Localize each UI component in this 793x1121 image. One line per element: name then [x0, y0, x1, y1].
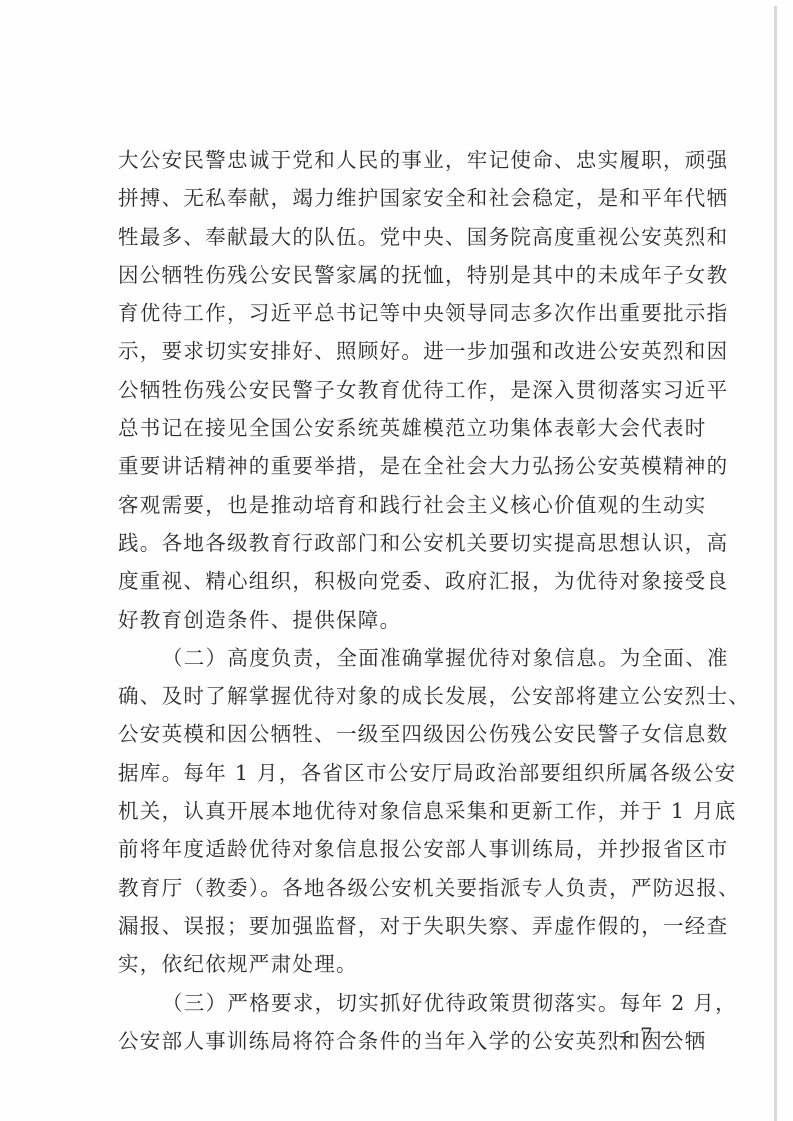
text-line: 公安部人事训练局将符合条件的当年入学的公安英烈和因公牺 [118, 1022, 690, 1060]
text-line: 牲最多、奉献最大的队伍。党中央、国务院高度重视公安英烈和 [118, 218, 690, 256]
text-line: 育优待工作，习近平总书记等中央领导同志多次作出重要批示指 [118, 294, 690, 332]
text-line: 前将年度适龄优待对象信息报公安部人事训练局，并抄报省区市 [118, 830, 690, 868]
dash-left [616, 1036, 634, 1037]
scan-edge-line [774, 6, 777, 1121]
dash-right [661, 1036, 679, 1037]
text-line: 教育厅（教委）。各地各级公安机关要指派专人负责，严防迟报、 [118, 869, 690, 907]
page-number-value: 7 [640, 1023, 655, 1047]
paragraph-2-section-heading: （二）高度负责，全面准确掌握优待对象信息。为全面、准 确、及时了解掌握优待对象的… [118, 639, 690, 984]
paragraph-3-section-heading: （三）严格要求，切实抓好优待政策贯彻落实。每年 2 月， 公安部人事训练局将符合… [118, 984, 690, 1061]
text-line: 因公牺牲伤残公安民警家属的抚恤，特别是其中的未成年子女教 [118, 256, 690, 294]
text-line: 大公安民警忠诚于党和人民的事业，牢记使命、忠实履职，顽强 [118, 141, 690, 179]
text-line: 践。各地各级教育行政部门和公安机关要切实提高思想认识，高 [118, 524, 690, 562]
text-line: 好教育创造条件、提供保障。 [118, 601, 690, 639]
body-text: 大公安民警忠诚于党和人民的事业，牢记使命、忠实履职，顽强 拼搏、无私奉献，竭力维… [118, 141, 690, 1060]
text-line: 总书记在接见全国公安系统英雄模范立功集体表彰大会代表时 [118, 409, 690, 447]
page-number: 7 [610, 1023, 685, 1047]
text-line: 漏报、误报；要加强监督，对于失职失察、弄虚作假的，一经查 [118, 907, 690, 945]
document-page: 大公安民警忠诚于党和人民的事业，牢记使命、忠实履职，顽强 拼搏、无私奉献，竭力维… [0, 0, 793, 1121]
text-line: 公安英模和因公牺牲、一级至四级因公伤残公安民警子女信息数 [118, 715, 690, 753]
text-line: 拼搏、无私奉献，竭力维护国家安全和社会稳定，是和平年代牺 [118, 179, 690, 217]
text-line: 确、及时了解掌握优待对象的成长发展，公安部将建立公安烈士、 [118, 677, 690, 715]
text-line: 机关，认真开展本地优待对象信息采集和更新工作，并于 1 月底 [118, 792, 690, 830]
text-line: 示，要求切实安排好、照顾好。进一步加强和改进公安英烈和因 [118, 332, 690, 370]
text-line: （二）高度负责，全面准确掌握优待对象信息。为全面、准 [118, 639, 690, 677]
text-line: 公牺牲伤残公安民警子女教育优待工作，是深入贯彻落实习近平 [118, 371, 690, 409]
text-line: 据库。每年 1 月，各省区市公安厅局政治部要组织所属各级公安 [118, 754, 690, 792]
text-line: 客观需要，也是推动培育和践行社会主义核心价值观的生动实 [118, 486, 690, 524]
paragraph-1: 大公安民警忠诚于党和人民的事业，牢记使命、忠实履职，顽强 拼搏、无私奉献，竭力维… [118, 141, 690, 639]
text-line: 重要讲话精神的重要举措，是在全社会大力弘扬公安英模精神的 [118, 447, 690, 485]
text-line: 实，依纪依规严肃处理。 [118, 945, 690, 983]
text-line: （三）严格要求，切实抓好优待政策贯彻落实。每年 2 月， [118, 984, 690, 1022]
text-line: 度重视、精心组织，积极向党委、政府汇报，为优待对象接受良 [118, 562, 690, 600]
